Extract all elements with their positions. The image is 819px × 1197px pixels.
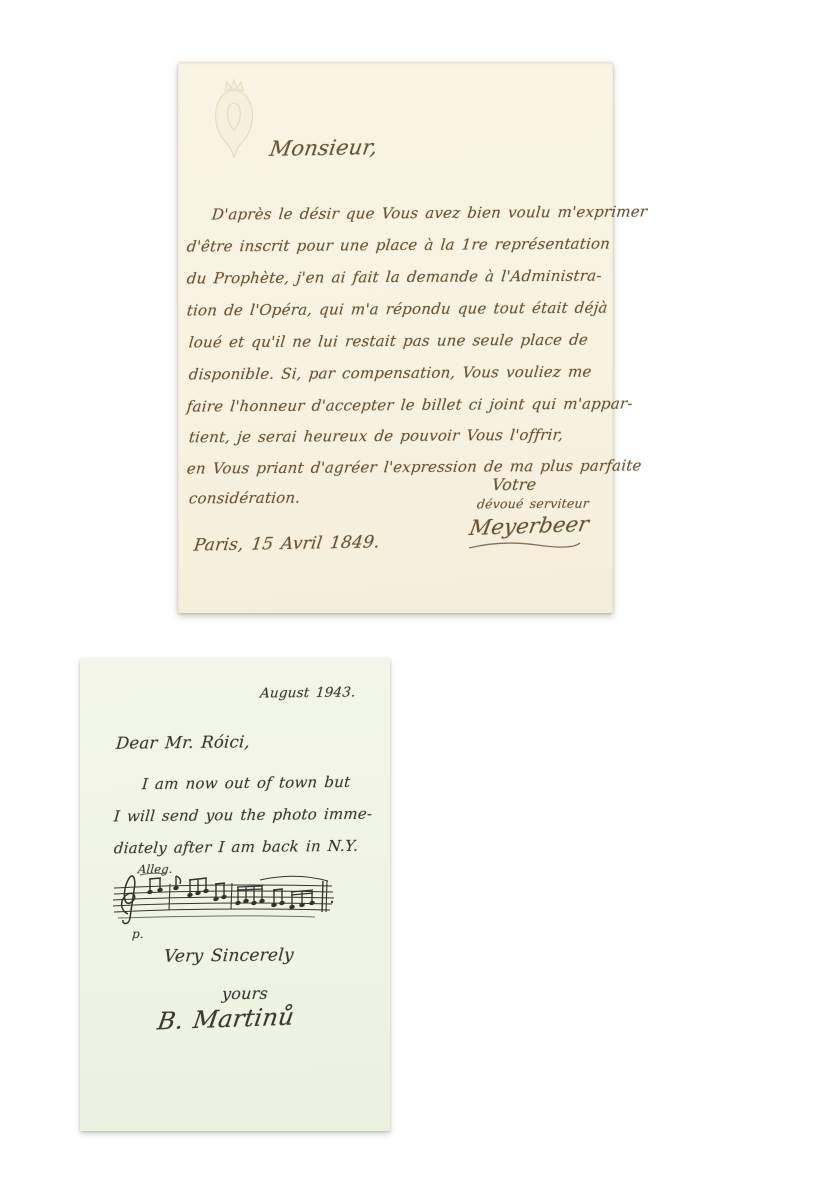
letter1-salutation: Monsieur, bbox=[268, 135, 379, 161]
letter1-body-line: disponible. Si, par compensation, Vous v… bbox=[188, 364, 592, 384]
letter1-signature: Meyerbeer bbox=[467, 512, 590, 540]
letter1-closing-line: dévoué serviteur bbox=[476, 497, 589, 512]
letter1-body-line: loué et qu'il ne lui restait pas une seu… bbox=[188, 332, 589, 352]
letter1-body-line: du Prophète, j'en ai fait la demande à l… bbox=[186, 268, 602, 288]
letter1-body-line: D'après le désir que Vous avez bien voul… bbox=[211, 203, 648, 223]
letter2-salutation: Dear Mr. Róici, bbox=[115, 733, 250, 753]
letter-sheet-martinu: August 1943. Dear Mr. Róici, I am now ou… bbox=[80, 658, 390, 1131]
letter1-body-line: tient, je serai heureux de pouvoir Vous … bbox=[188, 427, 564, 447]
embossed-crest-icon bbox=[204, 78, 264, 163]
signature-flourish-icon bbox=[467, 538, 582, 552]
music-quotation bbox=[110, 872, 338, 934]
letter2-body-line: I will send you the photo imme- bbox=[113, 806, 373, 826]
letter1-dateline: Paris, 15 Avril 1849. bbox=[193, 533, 381, 556]
letter1-body-line: considération. bbox=[188, 490, 301, 508]
letter2-body-line: diately after I am back in N.Y. bbox=[113, 838, 359, 858]
letter2-closing-line: Very Sincerely bbox=[163, 946, 294, 967]
letter1-body-line: faire l'honneur d'accepter le billet ci … bbox=[186, 395, 633, 415]
letter1-closing-line: Votre bbox=[491, 476, 537, 495]
letter2-body-line: I am now out of town but bbox=[141, 774, 351, 793]
letter2-closing-line: yours bbox=[221, 985, 268, 1004]
letter2-signature: B. Martinů bbox=[156, 1004, 296, 1036]
dynamic-marking: p. bbox=[131, 928, 144, 942]
letter1-body-line: en Vous priant d'agréer l'expression de … bbox=[186, 457, 642, 477]
letter-sheet-meyerbeer: Monsieur, D'après le désir que Vous avez… bbox=[178, 62, 613, 613]
letter1-body-line: d'être inscrit pour une place à la 1re r… bbox=[186, 236, 611, 256]
letter1-body-line: tion de l'Opéra, qui m'a répondu que tou… bbox=[186, 300, 608, 320]
letter2-date: August 1943. bbox=[259, 686, 356, 703]
catalog-page: Monsieur, D'après le désir que Vous avez… bbox=[0, 0, 819, 1197]
